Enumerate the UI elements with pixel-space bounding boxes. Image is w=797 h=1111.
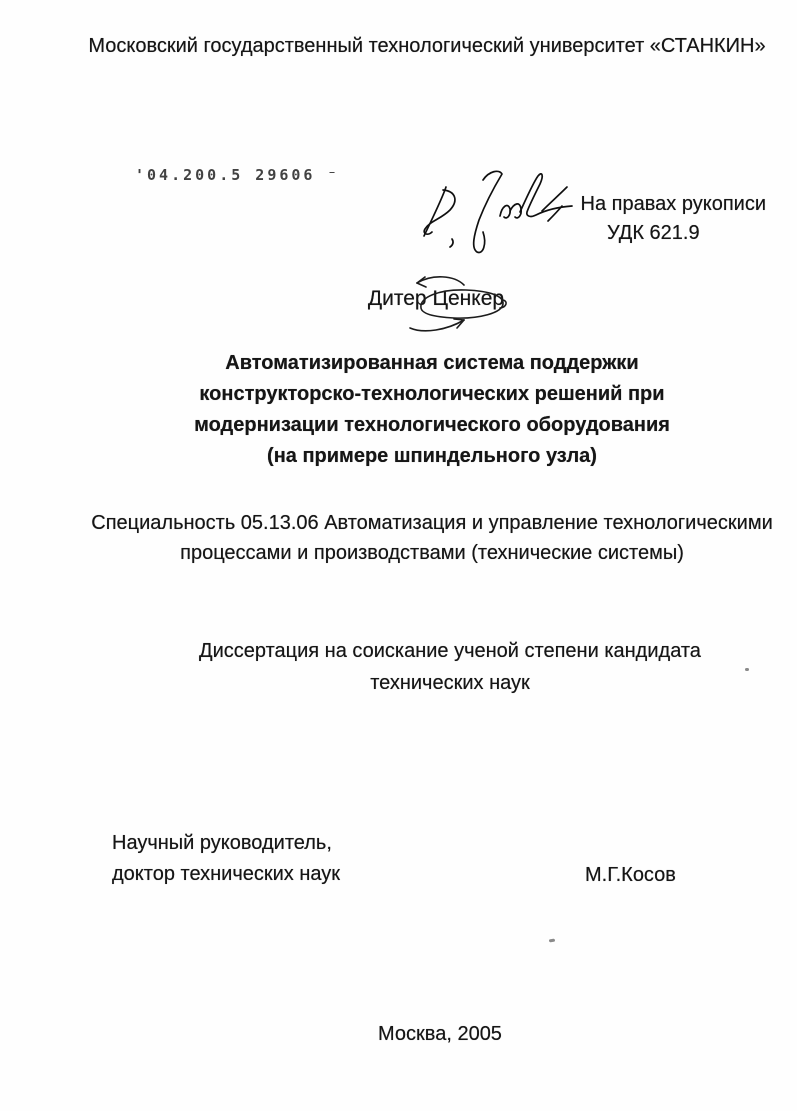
supervisor-block: Научный руководитель, доктор технических… — [112, 828, 340, 890]
author-name-row: Дитер Ценкер — [71, 286, 797, 312]
author-first-name: Дитер — [368, 287, 427, 310]
degree-line: Диссертация на соискание ученой степени … — [85, 635, 797, 667]
title-line: модернизации технологического оборудован… — [67, 410, 797, 441]
dissertation-title-page: Московский государственный технологическ… — [0, 0, 797, 1111]
specialty-block: Специальность 05.13.06 Автоматизация и у… — [67, 508, 797, 568]
university-header: Московский государственный технологическ… — [62, 34, 792, 58]
author-last-name-circled: Ценкер — [432, 286, 504, 312]
scan-speck — [549, 939, 555, 943]
supervisor-name: М.Г.Косов — [585, 860, 676, 891]
author-last-name: Ценкер — [432, 287, 504, 310]
title-line: Автоматизированная система поддержки — [67, 348, 797, 379]
degree-block: Диссертация на соискание ученой степени … — [85, 635, 797, 699]
supervisor-role-line-2: доктор технических наук — [112, 859, 340, 890]
footer-city-year: Москва, 2005 — [75, 1019, 797, 1050]
scan-speck — [745, 668, 749, 671]
manuscript-note: На правах рукописи — [581, 193, 766, 216]
accession-stamp: '04.200.5 29606 ⁻ — [135, 166, 340, 184]
title-line: (на примере шпиндельного узла) — [67, 441, 797, 472]
handwritten-signature — [402, 158, 574, 266]
supervisor-role-line-1: Научный руководитель, — [112, 828, 340, 859]
dissertation-title: Автоматизированная система поддержки кон… — [67, 348, 797, 472]
specialty-line: Специальность 05.13.06 Автоматизация и у… — [67, 508, 797, 538]
specialty-line: процессами и производствами (технические… — [67, 538, 797, 568]
title-line: конструкторско-технологических решений п… — [67, 379, 797, 410]
degree-line: технических наук — [85, 667, 797, 699]
udc-number: УДК 621.9 — [607, 222, 700, 245]
